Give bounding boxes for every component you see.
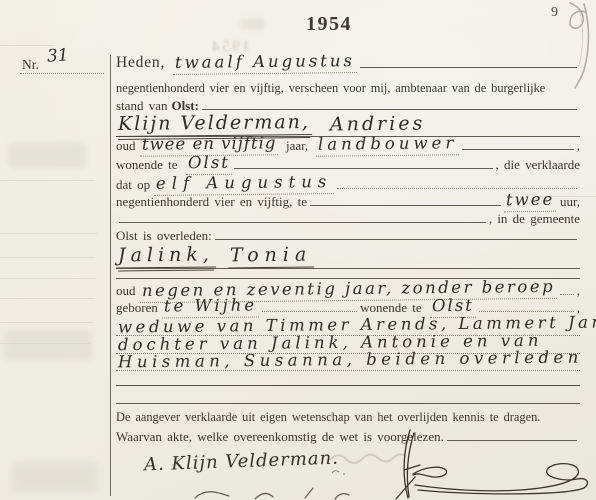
year-heading: 1954 [306, 13, 352, 36]
bleedthrough-line [0, 180, 95, 181]
form-line-heden: Heden, twaalf Augustus [116, 53, 580, 73]
printed-residence-label: wonende te [116, 158, 178, 174]
printed-age-label: oud [116, 139, 136, 155]
handwriting-report-date: twaalf Augustus [173, 53, 357, 74]
handwriting-declarant-occupation: landbouwer [316, 135, 459, 156]
fill-line [360, 67, 577, 68]
margin-divider-rule [110, 55, 111, 496]
bleedthrough-smudge [12, 462, 98, 492]
bleedthrough-line [0, 257, 95, 258]
section-rule [116, 403, 580, 404]
bleedthrough-smudge [8, 142, 86, 168]
record-number-line [20, 73, 104, 74]
section-rule [116, 385, 580, 386]
fill-line [462, 149, 573, 150]
bleedthrough-smudge [240, 18, 266, 30]
death-certificate-scan: { "header": { "year": "1954", "page_numb… [0, 0, 596, 500]
handwriting-declarant-residence: Olst [185, 154, 231, 174]
printed-heden-label: Heden, [116, 55, 165, 74]
cutoff-handwriting-strokes [185, 486, 385, 500]
fill-line [119, 222, 486, 223]
declarant-signature: A. Klijn Velderman. [144, 448, 340, 476]
form-line-declarant-age: oud twee en vijftig jaar, landbouwer , [116, 136, 580, 155]
printed-age-unit: jaar, [286, 139, 308, 155]
fill-line [262, 311, 357, 312]
bleedthrough-line [0, 298, 95, 299]
printed-closing-line1: De aangever verklaarde uit eigen wetensc… [116, 410, 582, 425]
form-line-mother: Huisman, Susanna, beiden overleden [116, 348, 580, 371]
record-number-label: Nr. [22, 57, 39, 73]
fill-line [215, 239, 577, 240]
form-line-deceased-name: Jalink, Tonia [116, 242, 580, 269]
fill-line [560, 294, 574, 295]
record-number-value: 31 [46, 45, 69, 66]
fill-line [234, 168, 492, 169]
bleedthrough-line [0, 322, 93, 323]
form-line-declarant-residence: wonende te Olst , die verklaarde [116, 155, 580, 174]
bleedthrough-line [0, 278, 96, 279]
fill-line [479, 311, 574, 312]
printed-comma: , [577, 139, 580, 155]
printed-declared-suffix: , die verklaarde [496, 158, 580, 174]
handwriting-mother: Huisman, Susanna, beiden overleden [116, 349, 585, 372]
fill-line [310, 205, 501, 206]
bleedthrough-line [0, 233, 97, 234]
form-line-declarant-name: Klijn Velderman, Andries [116, 109, 580, 137]
bleedthrough-smudge [4, 330, 92, 360]
fill-line [337, 188, 577, 189]
printed-intro-line: negentienhonderd vier en vijftig, versch… [116, 81, 582, 96]
